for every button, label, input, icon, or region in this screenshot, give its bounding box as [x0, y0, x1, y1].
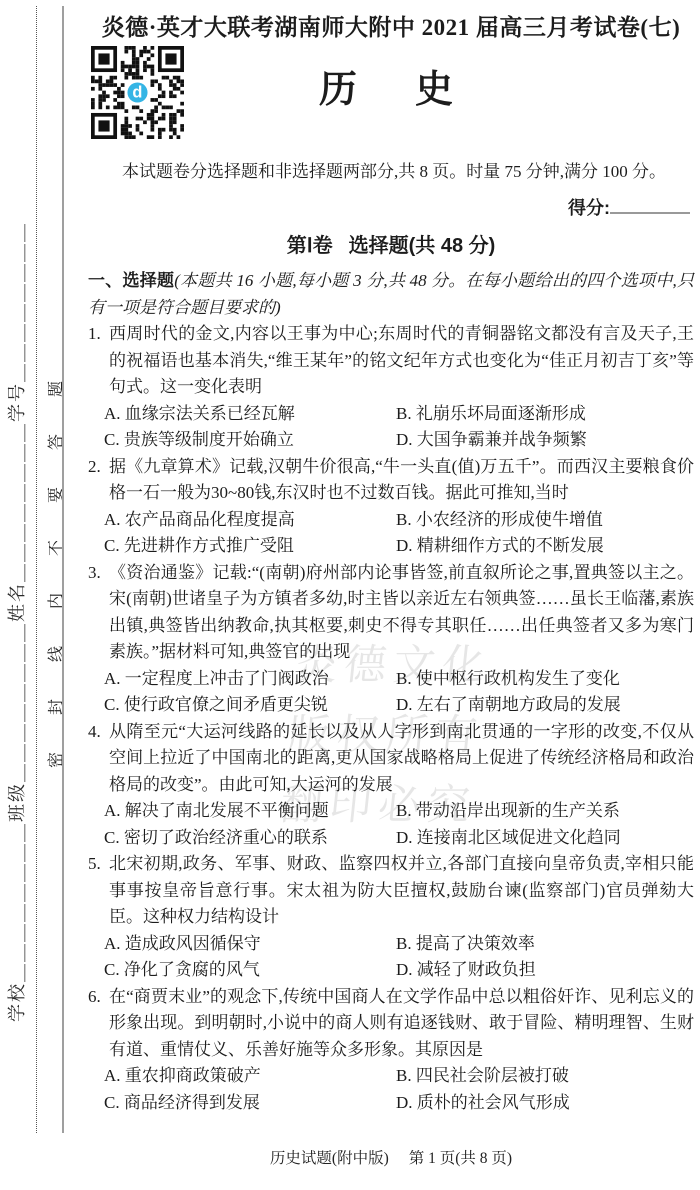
option-c: C. 密切了政治经济重心的联系 [104, 825, 396, 852]
question-stem: 北宋初期,政务、军事、财政、监察四权并立,各部门直接向皇帝负责,宰相只能事事按皇… [109, 851, 694, 931]
main-content: 炎德·英才大联考湖南师大附中 2021 届高三月考试卷(七) d 历 史 本试题… [88, 0, 694, 1116]
question-stem: 西周时代的金文,内容以王事为中心;东周时代的青铜器铭文都没有言及天子,王的祝福语… [109, 321, 694, 401]
option-c: C. 商品经济得到发展 [104, 1090, 396, 1117]
section-name: 选择题(共 48 分) [349, 235, 496, 257]
option-b: B. 使中枢行政机构发生了变化 [396, 666, 694, 693]
svg-text:d: d [132, 83, 142, 101]
options-grid: A. 重农抑商政策破产 B. 四民社会阶层被打破 C. 商品经济得到发展 D. … [104, 1063, 694, 1116]
question-3: 3. 《资治通鉴》记载:“(南朝)府州部内论事皆签,前直叙所论之事,置典签以主之… [88, 560, 694, 719]
options-grid: A. 农产品商品化程度提高 B. 小农经济的形成使牛增值 C. 先进耕作方式推广… [104, 507, 694, 560]
instructions-lead: 一、选择题 [88, 271, 174, 290]
seal-dotted-line [36, 6, 37, 1133]
option-a: A. 一定程度上冲击了门阀政治 [104, 666, 396, 693]
subject-header: d 历 史 [88, 46, 694, 150]
option-d: D. 左右了南朝地方政局的发展 [396, 692, 694, 719]
question-stem: 《资治通鉴》记载:“(南朝)府州部内论事皆签,前直叙所论之事,置典签以主之。宋(… [109, 560, 694, 666]
exam-paper-page: 炎德文化 版权所有 翻印必究 学校＿＿＿＿＿＿＿＿班级＿＿＿＿＿＿＿＿姓名＿＿＿… [0, 0, 700, 1190]
question-5: 5. 北宋初期,政务、军事、财政、监察四权并立,各部门直接向皇帝负责,宰相只能事… [88, 851, 694, 984]
footer-page-number: 第 1 页(共 8 页) [409, 1150, 512, 1167]
option-a: A. 解决了南北发展不平衡问题 [104, 798, 396, 825]
option-d: D. 连接南北区域促进文化趋同 [396, 825, 694, 852]
question-stem: 在“商贾末业”的观念下,传统中国商人在文学作品中总以粗俗奸诈、见利忘义的形象出现… [109, 984, 694, 1064]
page-footer: 历史试题(附中版)第 1 页(共 8 页) [88, 1146, 694, 1168]
option-b: B. 提高了决策效率 [396, 931, 694, 958]
options-grid: A. 造成政风因循保守 B. 提高了决策效率 C. 净化了贪腐的风气 D. 减轻… [104, 931, 694, 984]
option-a: A. 重农抑商政策破产 [104, 1063, 396, 1090]
section-instructions: 一、选择题(本题共 16 小题,每小题 3 分,共 48 分。在每小题给出的四个… [88, 267, 694, 321]
option-b: B. 礼崩乐坏局面逐渐形成 [396, 401, 694, 428]
seal-solid-line [62, 6, 64, 1133]
question-stem: 从隋至元“大运河线路的延长以及从人字形到南北贯通的一字形的改变,不仅从空间上拉近… [109, 719, 694, 799]
footer-paper-name: 历史试题(附中版) [270, 1150, 389, 1167]
exam-intro-text: 本试题卷分选择题和非选择题两部分,共 8 页。时量 75 分钟,满分 100 分… [88, 158, 694, 185]
option-c: C. 使行政官僚之间矛盾更尖锐 [104, 692, 396, 719]
option-b: B. 带动沿岸出现新的生产关系 [396, 798, 694, 825]
question-6: 6. 在“商贾末业”的观念下,传统中国商人在文学作品中总以粗俗奸诈、见利忘义的形… [88, 984, 694, 1117]
exam-series-title: 炎德·英才大联考湖南师大附中 2021 届高三月考试卷(七) [88, 9, 694, 42]
question-stem: 据《九章算术》记载,汉朝牛价很高,“牛一头直(值)万五千”。而西汉主要粮食价格一… [109, 454, 694, 507]
option-c: C. 贵族等级制度开始确立 [104, 427, 396, 454]
options-grid: A. 解决了南北发展不平衡问题 B. 带动沿岸出现新的生产关系 C. 密切了政治… [104, 798, 694, 851]
option-d: D. 质朴的社会风气形成 [396, 1090, 694, 1117]
score-blank-underline [610, 197, 690, 214]
option-a: A. 血缘宗法关系已经瓦解 [104, 401, 396, 428]
option-c: C. 净化了贪腐的风气 [104, 957, 396, 984]
option-b: B. 小农经济的形成使牛增值 [396, 507, 694, 534]
question-4: 4. 从隋至元“大运河线路的延长以及从人字形到南北贯通的一字形的改变,不仅从空间… [88, 719, 694, 852]
qr-code-icon: d [91, 46, 184, 139]
option-a: A. 农产品商品化程度提高 [104, 507, 396, 534]
option-b: B. 四民社会阶层被打破 [396, 1063, 694, 1090]
option-d: D. 精耕细作方式的不断发展 [396, 533, 694, 560]
options-grid: A. 血缘宗法关系已经瓦解 B. 礼崩乐坏局面逐渐形成 C. 贵族等级制度开始确… [104, 401, 694, 454]
option-a: A. 造成政风因循保守 [104, 931, 396, 958]
option-c: C. 先进耕作方式推广受阻 [104, 533, 396, 560]
section-title: 第Ⅰ卷选择题(共 48 分) [88, 229, 694, 258]
instructions-body: (本题共 16 小题,每小题 3 分,共 48 分。在每小题给出的四个选项中,只… [88, 271, 694, 317]
options-grid: A. 一定程度上冲击了门阀政治 B. 使中枢行政机构发生了变化 C. 使行政官僚… [104, 666, 694, 719]
question-1: 1. 西周时代的金文,内容以王事为中心;东周时代的青铜器铭文都没有言及天子,王的… [88, 321, 694, 454]
section-volume: 第Ⅰ卷 [287, 235, 333, 257]
student-info-fields: 学校＿＿＿＿＿＿＿＿班级＿＿＿＿＿＿＿＿姓名＿＿＿＿＿＿＿＿学号＿＿＿＿＿＿＿＿ [3, 222, 29, 1022]
option-d: D. 大国争霸兼并战争频繁 [396, 427, 694, 454]
option-d: D. 减轻了财政负担 [396, 957, 694, 984]
question-2: 2. 据《九章算术》记载,汉朝牛价很高,“牛一头直(值)万五千”。而西汉主要粮食… [88, 454, 694, 560]
score-line: 得分: [88, 194, 694, 220]
score-label: 得分: [568, 198, 610, 218]
